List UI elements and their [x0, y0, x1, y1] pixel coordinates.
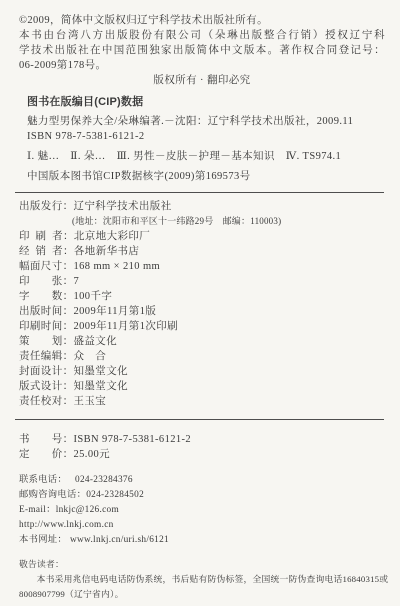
- row-label: 版式设计：: [19, 379, 74, 394]
- book-number-price-block: 书 号：ISBN 978-7-5381-6121-2 定 价：25.00元: [19, 432, 385, 462]
- row-label: 出版发行：: [19, 199, 74, 214]
- layout-design-row: 版式设计：知墨堂文化: [19, 379, 385, 394]
- row-label: 出版时间：: [19, 304, 74, 319]
- notice-heading: 敬告读者：: [19, 557, 385, 572]
- cip-isbn-line: ISBN 978-7-5381-6121-2: [27, 129, 385, 144]
- book-url: www.lnkj.cn/uri.sh/6121: [67, 535, 169, 545]
- copyright-line-3: 学技术出版社在中国范围独家出版简体中文版本。著作权合同登记号：: [19, 43, 385, 58]
- phone-row: 联系电话：024-23284376: [19, 473, 385, 488]
- sheets-row: 印 张：7: [19, 274, 385, 289]
- copyright-line-4: 06-2009第178号。: [19, 58, 385, 73]
- row-label: 联系电话：: [19, 475, 67, 485]
- website-url: http://www.lnkj.com.cn: [19, 520, 114, 530]
- row-value: (地址：沈阳市和平区十一纬路29号 邮编：110003): [72, 216, 281, 226]
- printer-row: 印 刷 者：北京地大彩印厂: [19, 229, 385, 244]
- cip-heading: 图书在版编目(CIP)数据: [27, 95, 385, 110]
- reader-notice-block: 敬告读者： 本书采用兆信电码电话防伪系统，书后贴有防伪标签，全国统一防伪查询电话…: [19, 557, 385, 602]
- notice-line-2: 8008907799（辽宁省内）。: [19, 587, 385, 602]
- row-label: 印刷时间：: [19, 319, 74, 334]
- proofreader-row: 责任校对：王玉宝: [19, 394, 385, 409]
- row-value: 北京地大彩印厂: [74, 231, 150, 242]
- row-label: 本书网址：: [19, 535, 67, 545]
- divider-line-top: [15, 192, 384, 193]
- row-label: 经 销 者：: [19, 244, 74, 259]
- print-date-row: 印刷时间：2009年11月第1次印刷: [19, 319, 385, 334]
- row-value: 盛益文化: [74, 336, 118, 347]
- row-label: 幅面尺寸：: [19, 259, 74, 274]
- row-label: 责任校对：: [19, 394, 74, 409]
- row-value: 知墨堂文化: [74, 381, 129, 392]
- mail-order-phone-row: 邮购咨询电话：024-23284502: [19, 488, 385, 503]
- row-label: 策 划：: [19, 334, 74, 349]
- publish-date-row: 出版时间：2009年11月第1版: [19, 304, 385, 319]
- row-value: 100千字: [74, 291, 113, 302]
- isbn-row: 书 号：ISBN 978-7-5381-6121-2: [19, 432, 385, 447]
- row-label: 邮购咨询电话：: [19, 490, 86, 500]
- row-value: 7: [74, 276, 80, 287]
- row-value: 众 合: [74, 351, 107, 362]
- row-value: 辽宁科学技术出版社: [74, 201, 172, 212]
- email-row: E-mail：lnkjc@126.com: [19, 503, 385, 518]
- copyright-line-1: ©2009，简体中文版权归辽宁科学技术出版社所有。: [19, 13, 385, 28]
- publisher-row: 出版发行：辽宁科学技术出版社: [19, 199, 385, 214]
- row-label: E-mail：: [19, 505, 56, 515]
- row-label: 书 号：: [19, 432, 74, 447]
- row-value: 2009年11月第1次印刷: [74, 321, 179, 332]
- row-value: 各地新华书店: [74, 246, 139, 257]
- row-label: 印 刷 者：: [19, 229, 74, 244]
- divider-line-bottom: [15, 419, 384, 420]
- copyright-statement: ©2009，简体中文版权归辽宁科学技术出版社所有。 本书由台湾八方出版股份有限公…: [19, 13, 385, 73]
- price-row: 定 价：25.00元: [19, 447, 385, 462]
- row-value: 168 mm × 210 mm: [74, 261, 161, 272]
- cip-title-line: 魅力型男保养大全/朵琳编著.－沈阳：辽宁科学技术出版社，2009.11: [27, 114, 385, 129]
- row-value: ISBN 978-7-5381-6121-2: [74, 434, 192, 445]
- planning-row: 策 划：盛益文化: [19, 334, 385, 349]
- row-label: 字 数：: [19, 289, 74, 304]
- row-value: 王玉宝: [74, 396, 107, 407]
- cip-classification-line: Ⅰ. 魅… Ⅱ. 朵… Ⅲ. 男性－皮肤－护理－基本知识 Ⅳ. TS974.1: [27, 149, 385, 164]
- copyright-line-2: 本书由台湾八方出版股份有限公司（朵琳出版整合行销）授权辽宁科: [19, 28, 385, 43]
- row-value: 2009年11月第1版: [74, 306, 157, 317]
- row-value: 25.00元: [74, 449, 111, 460]
- cover-design-row: 封面设计：知墨堂文化: [19, 364, 385, 379]
- row-label: 印 张：: [19, 274, 74, 289]
- email-address: lnkjc@126.com: [56, 505, 119, 515]
- book-url-row: 本书网址：www.lnkj.cn/uri.sh/6121: [19, 533, 385, 548]
- book-colophon-page: ©2009，简体中文版权归辽宁科学技术出版社所有。 本书由台湾八方出版股份有限公…: [0, 0, 400, 606]
- rights-reserved-notice: 版权所有 · 翻印必究: [19, 73, 385, 88]
- editor-row: 责任编辑：众 合: [19, 349, 385, 364]
- distributor-row: 经 销 者：各地新华书店: [19, 244, 385, 259]
- row-label: 责任编辑：: [19, 349, 74, 364]
- dimensions-row: 幅面尺寸：168 mm × 210 mm: [19, 259, 385, 274]
- publishing-info-block: 出版发行：辽宁科学技术出版社 (地址：沈阳市和平区十一纬路29号 邮编：1100…: [19, 199, 385, 409]
- publisher-address-row: (地址：沈阳市和平区十一纬路29号 邮编：110003): [19, 214, 385, 229]
- row-label: 定 价：: [19, 447, 74, 462]
- row-value: 知墨堂文化: [74, 366, 129, 377]
- website-row: http://www.lnkj.com.cn: [19, 518, 385, 533]
- word-count-row: 字 数：100千字: [19, 289, 385, 304]
- contact-info-block: 联系电话：024-23284376 邮购咨询电话：024-23284502 E-…: [19, 473, 385, 548]
- cip-record-number-line: 中国版本图书馆CIP数据核字(2009)第169573号: [27, 169, 385, 184]
- row-label: 封面设计：: [19, 364, 74, 379]
- notice-line-1: 本书采用兆信电码电话防伪系统，书后贴有防伪标签，全国统一防伪查询电话168403…: [19, 572, 385, 587]
- cip-data-block: 图书在版编目(CIP)数据 魅力型男保养大全/朵琳编著.－沈阳：辽宁科学技术出版…: [27, 95, 385, 184]
- phone-number: 024-23284376: [67, 475, 133, 485]
- phone-number: 024-23284502: [86, 490, 144, 500]
